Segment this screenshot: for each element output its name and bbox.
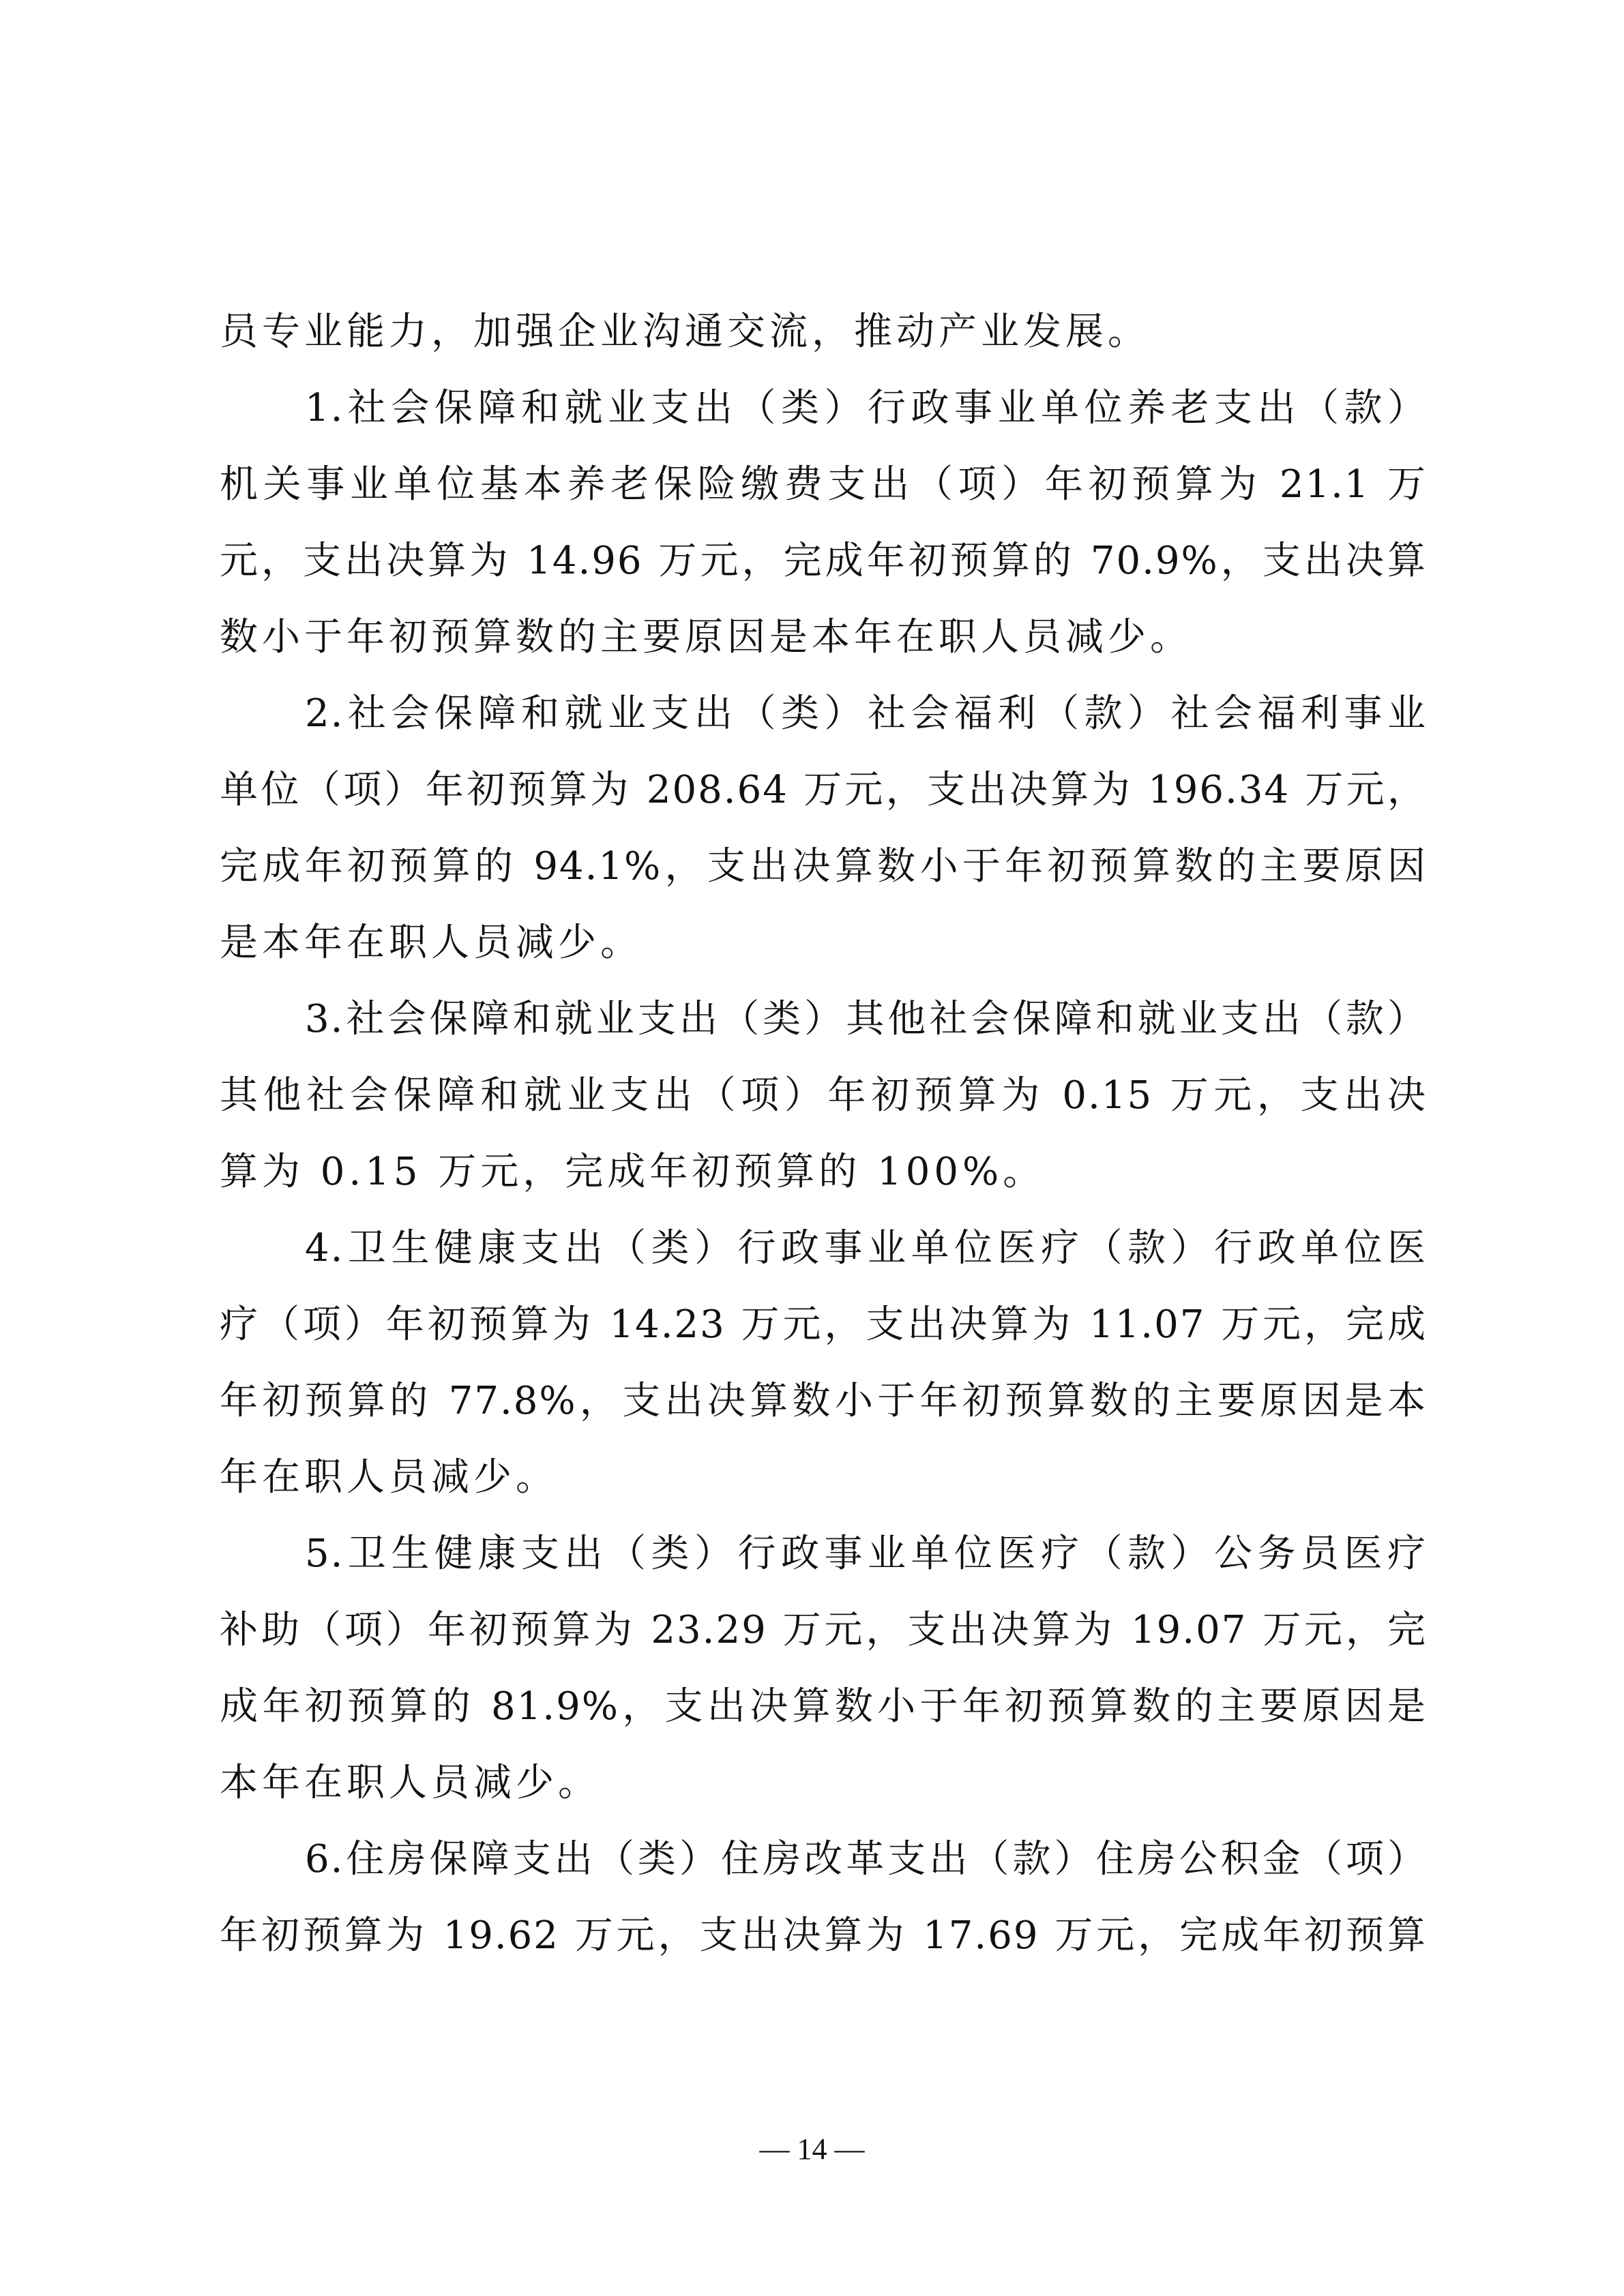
item-3-line-3: 算为 0.15 万元，完成年初预算的 100%。 — [220, 1148, 1427, 1197]
item-6-line-2: 年初预算为 19.62 万元，支出决算为 17.69 万元，完成年初预算 — [220, 1911, 1427, 1960]
item-5-line-1: 5.卫生健康支出（类）行政事业单位医疗（款）公务员医疗 — [305, 1530, 1427, 1579]
item-4-line-3: 年初预算的 77.8%，支出决算数小于年初预算数的主要原因是本 — [220, 1377, 1427, 1426]
item-4-line-4: 年在职人员减少。 — [220, 1453, 1427, 1502]
item-5-line-4: 本年在职人员减少。 — [220, 1759, 1427, 1808]
item-3-line-2: 其他社会保障和就业支出（项）年初预算为 0.15 万元，支出决 — [220, 1071, 1427, 1120]
page-number: — 14 — — [0, 2129, 1624, 2170]
item-4-line-1: 4.卫生健康支出（类）行政事业单位医疗（款）行政单位医 — [305, 1224, 1427, 1273]
item-5-line-2: 补助（项）年初预算为 23.29 万元，支出决算为 19.07 万元，完 — [220, 1606, 1427, 1655]
item-5-line-3: 成年初预算的 81.9%，支出决算数小于年初预算数的主要原因是 — [220, 1682, 1427, 1731]
item-2-line-4: 是本年在职人员减少。 — [220, 919, 1427, 968]
item-2-line-3: 完成年初预算的 94.1%，支出决算数小于年初预算数的主要原因 — [220, 842, 1427, 891]
paragraph-line-continuation: 员专业能力，加强企业沟通交流，推动产业发展。 — [220, 308, 1427, 357]
item-3-line-1: 3.社会保障和就业支出（类）其他社会保障和就业支出（款） — [305, 995, 1427, 1044]
item-6-line-1: 6.住房保障支出（类）住房改革支出（款）住房公积金（项） — [305, 1835, 1427, 1884]
item-1-line-1: 1.社会保障和就业支出（类）行政事业单位养老支出（款） — [305, 384, 1427, 433]
item-2-line-2: 单位（项）年初预算为 208.64 万元，支出决算为 196.34 万元， — [220, 766, 1427, 815]
item-1-line-2: 机关事业单位基本养老保险缴费支出（项）年初预算为 21.1 万 — [220, 460, 1427, 509]
item-2-line-1: 2.社会保障和就业支出（类）社会福利（款）社会福利事业 — [305, 689, 1427, 739]
item-4-line-2: 疗（项）年初预算为 14.23 万元，支出决算为 11.07 万元，完成 — [220, 1300, 1427, 1350]
item-1-line-4: 数小于年初预算数的主要原因是本年在职人员减少。 — [220, 613, 1427, 662]
document-page: 员专业能力，加强企业沟通交流，推动产业发展。 1.社会保障和就业支出（类）行政事… — [0, 0, 1624, 2296]
item-1-line-3: 元，支出决算为 14.96 万元，完成年初预算的 70.9%，支出决算 — [220, 537, 1427, 586]
